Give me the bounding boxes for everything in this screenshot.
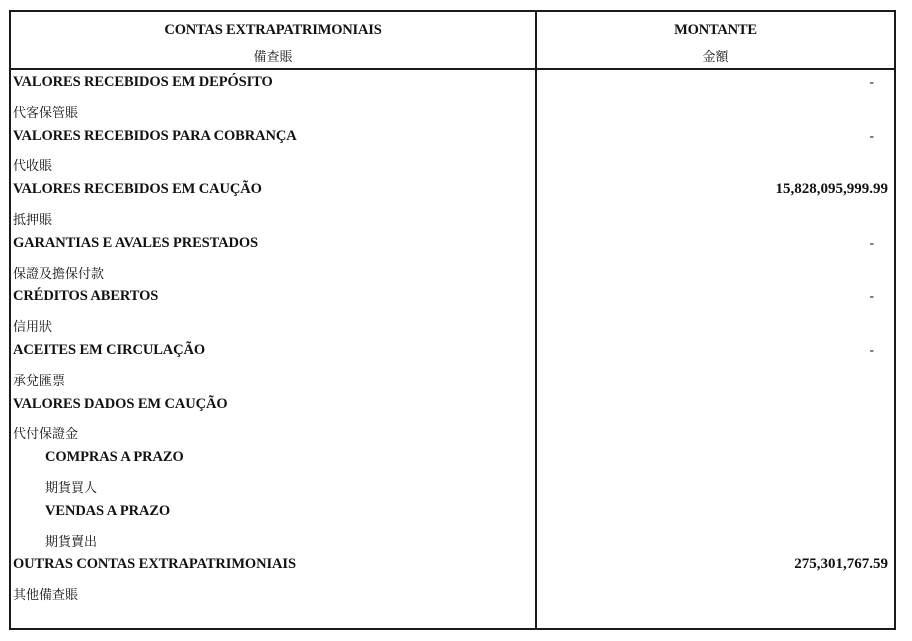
table-row: ACEITES EM CIRCULAÇÃO- bbox=[11, 338, 894, 365]
table-row: 期貨賣出 bbox=[11, 526, 894, 553]
table-row: VALORES RECEBIDOS PARA COBRANÇA- bbox=[11, 124, 894, 151]
account-label-pt: VALORES RECEBIDOS PARA COBRANÇA bbox=[13, 128, 297, 145]
account-label-pt: VALORES DADOS EM CAUÇÃO bbox=[13, 396, 228, 413]
amount-value: - bbox=[870, 74, 874, 90]
table-row: 其他備查賬 bbox=[11, 579, 894, 606]
account-label-zh: 期貨賣出 bbox=[45, 531, 97, 550]
account-label-pt: COMPRAS A PRAZO bbox=[45, 449, 184, 466]
table-header: CONTAS EXTRAPATRIMONIAIS 備查賬 MONTANTE 金額 bbox=[11, 12, 894, 70]
amount-value: 15,828,095,999.99 bbox=[776, 181, 889, 198]
header-amount: MONTANTE 金額 bbox=[537, 12, 894, 68]
table-row: 代付保證金 bbox=[11, 418, 894, 445]
table-row: 抵押賬 bbox=[11, 204, 894, 231]
table-row: VENDAS A PRAZO bbox=[11, 499, 894, 526]
account-label-zh: 保證及擔保付款 bbox=[13, 263, 104, 282]
table-row: OUTRAS CONTAS EXTRAPATRIMONIAIS275,301,7… bbox=[11, 552, 894, 579]
off-balance-sheet-table: CONTAS EXTRAPATRIMONIAIS 備查賬 MONTANTE 金額… bbox=[9, 10, 896, 630]
table-row: VALORES DADOS EM CAUÇÃO bbox=[11, 392, 894, 419]
account-label-pt: ACEITES EM CIRCULAÇÃO bbox=[13, 342, 205, 359]
account-label-zh: 其他備查賬 bbox=[13, 584, 78, 603]
account-label-pt: VALORES RECEBIDOS EM DEPÓSITO bbox=[13, 74, 273, 91]
account-label-zh: 抵押賬 bbox=[13, 209, 52, 228]
account-label-zh: 代付保證金 bbox=[13, 423, 78, 442]
amount-value: 275,301,767.59 bbox=[794, 556, 888, 573]
table-row: VALORES RECEBIDOS EM DEPÓSITO- bbox=[11, 70, 894, 97]
table-row: 代收賬 bbox=[11, 150, 894, 177]
account-label-zh: 承兌匯票 bbox=[13, 370, 65, 389]
amount-value: - bbox=[870, 342, 874, 358]
account-label-zh: 代收賬 bbox=[13, 155, 52, 174]
account-label-zh: 期貨買人 bbox=[45, 477, 97, 496]
table-row: 期貨買人 bbox=[11, 472, 894, 499]
table-row: 信用狀 bbox=[11, 311, 894, 338]
table-row: 代客保管賬 bbox=[11, 97, 894, 124]
header-amount-zh: 金額 bbox=[537, 46, 894, 65]
account-label-pt: VENDAS A PRAZO bbox=[45, 503, 170, 520]
amount-value: - bbox=[870, 235, 874, 251]
table-row: COMPRAS A PRAZO bbox=[11, 445, 894, 472]
account-label-pt: CRÉDITOS ABERTOS bbox=[13, 288, 158, 305]
header-accounts-pt: CONTAS EXTRAPATRIMONIAIS bbox=[11, 22, 535, 39]
table-row: VALORES RECEBIDOS EM CAUÇÃO15,828,095,99… bbox=[11, 177, 894, 204]
header-accounts: CONTAS EXTRAPATRIMONIAIS 備查賬 bbox=[11, 12, 535, 68]
account-label-pt: OUTRAS CONTAS EXTRAPATRIMONIAIS bbox=[13, 556, 296, 573]
header-amount-pt: MONTANTE bbox=[537, 22, 894, 39]
account-label-zh: 代客保管賬 bbox=[13, 102, 78, 121]
table-row: 保證及擔保付款 bbox=[11, 258, 894, 285]
table-row: GARANTIAS E AVALES PRESTADOS- bbox=[11, 231, 894, 258]
account-label-pt: GARANTIAS E AVALES PRESTADOS bbox=[13, 235, 258, 252]
amount-value: - bbox=[870, 288, 874, 304]
table-row: 承兌匯票 bbox=[11, 365, 894, 392]
header-accounts-zh: 備查賬 bbox=[11, 46, 535, 65]
account-label-pt: VALORES RECEBIDOS EM CAUÇÃO bbox=[13, 181, 262, 198]
table-row: CRÉDITOS ABERTOS- bbox=[11, 284, 894, 311]
amount-value: - bbox=[870, 128, 874, 144]
account-label-zh: 信用狀 bbox=[13, 316, 52, 335]
